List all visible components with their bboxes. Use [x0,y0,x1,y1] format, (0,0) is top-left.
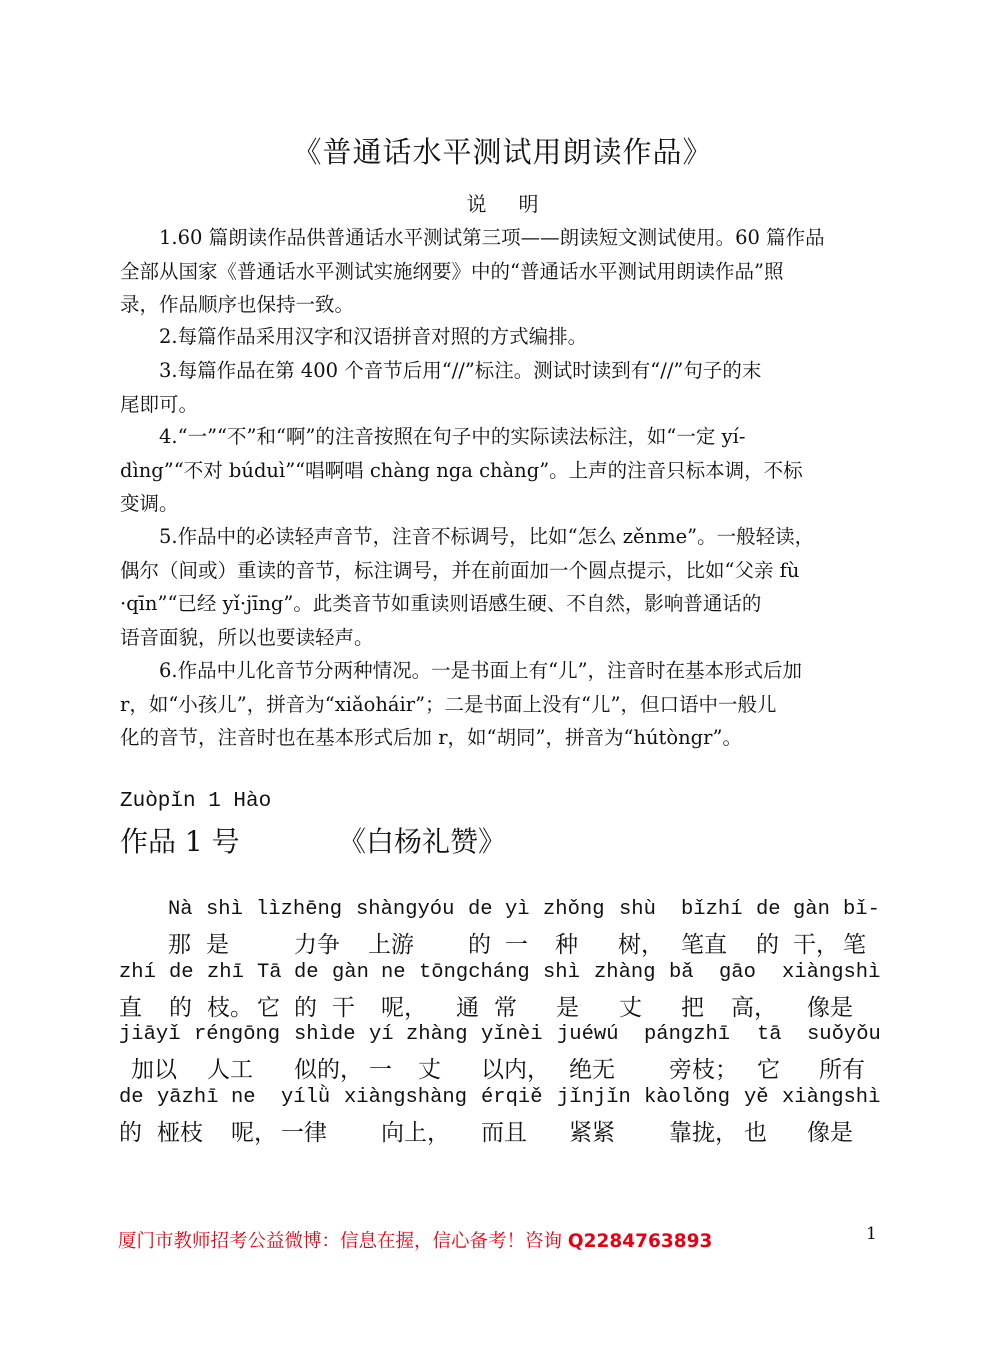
pinyin-word: yǐnèi [481,1023,543,1046]
footer-qq-number: Q2284763893 [568,1231,712,1252]
pinyin-word: zhī [207,961,244,984]
instruction-line: 语音面貌，所以也要读轻声。 [120,621,888,655]
instruction-paragraph: 3.每篇作品在第 400 个音节后用“//”标注。测试时读到有“//”句子的末尾… [120,354,888,421]
hanzi-word: 种 [555,926,578,959]
hanzi-word: 那 [168,926,191,959]
pinyin-word: kàolǒng [644,1086,730,1109]
hanzi-word: 干， [793,926,839,959]
document-page: 《普通话水平测试用朗读作品》 说明 1.60 篇朗读作品供普通话水平测试第三项—… [0,0,1005,1359]
instruction-line: 偶尔（间或）重读的音节，标注调号，并在前面加一个圆点提示，比如“父亲 fù [120,554,888,588]
document-title: 《普通话水平测试用朗读作品》 [0,130,1005,171]
hanzi-word: 枝。 [207,989,253,1022]
pinyin-word: shì [206,898,243,921]
hanzi-word: 直 [119,989,142,1022]
footer-text: 厦门市教师招考公益微博：信息在握，信心备考！咨询 [118,1231,568,1252]
pinyin-word: shìde [294,1023,356,1046]
pinyin-word: de [169,961,194,984]
hanzi-word: 靠拢， [669,1114,738,1147]
pinyin-word: de [468,898,493,921]
hanzi-word: 干 [332,989,355,1022]
hanzi-word: 似的， [294,1051,363,1084]
hanzi-word: 高， [731,989,777,1022]
instruction-paragraph: 6.作品中儿化音节分两种情况。一是书面上有“儿”，注音时在基本形式后加 r，如“… [120,654,888,755]
hanzi-word: 绝无 [569,1051,615,1084]
pinyin-word: pángzhī [644,1023,730,1046]
pinyin-word: ne [381,961,406,984]
pinyin-word: shì [543,961,580,984]
work-name: 《白杨礼赞》 [338,820,506,860]
pinyin-word: zhǒng [543,898,605,921]
pinyin-word: xiàngshàng [344,1086,467,1109]
hanzi-word: 笔直 [681,926,727,959]
pinyin-word: lìzhēng [256,898,342,921]
pinyin-word: érqiě [481,1086,543,1109]
pinyin-word: tā [757,1023,782,1046]
page-number: 1 [866,1224,877,1244]
hanzi-word: 的 [169,989,192,1022]
instruction-line: 3.每篇作品在第 400 个音节后用“//”标注。测试时读到有“//”句子的末 [120,354,888,388]
hanzi-word: 上游 [368,926,414,959]
instruction-line: 1.60 篇朗读作品供普通话水平测试第三项——朗读短文测试使用。60 篇作品 [120,221,888,255]
pinyin-word: bǐzhí [681,898,743,921]
hanzi-word: 的 [294,989,317,1022]
instruction-line: 化的音节，注音时也在基本形式后加 r，如“胡同”，拼音为“hútòngr”。 [120,721,888,755]
hanzi-word: 一 [505,926,528,959]
instruction-line: 4.“一”“不”和“啊”的注音按照在句子中的实际读法标注，如“一定 yí- [120,420,888,454]
instruction-paragraph: 2.每篇作品采用汉字和汉语拼音对照的方式编排。 [120,320,888,354]
pinyin-word: tōngcháng [419,961,530,984]
pinyin-word: jǐnjǐn [557,1086,631,1109]
heading-char: 明 [519,192,539,216]
pinyin-word: gàn [793,898,830,921]
hanzi-word: 树， [618,926,664,959]
heading-char: 说 [467,192,487,216]
hanzi-word: 旁枝； [669,1051,738,1084]
instruction-line: 全部从国家《普通话水平测试实施纲要》中的“普通话水平测试用朗读作品”照 [120,255,888,289]
hanzi-word: 以内， [481,1051,550,1084]
pinyin-word: zhàng [406,1023,468,1046]
hanzi-word: 像是 [807,1114,853,1147]
pinyin-word: Tā [257,961,282,984]
pinyin-word: yāzhī [157,1086,219,1109]
pinyin-word: réngōng [194,1023,280,1046]
instruction-line: 尾即可。 [120,388,888,422]
work-title-row: 作品 1 号 《白杨礼赞》 [120,820,240,860]
pinyin-word: zhí [119,961,156,984]
hanzi-word: 常 [494,989,517,1022]
hanzi-word: 的 [468,926,491,959]
instruction-line: 录，作品顺序也保持一致。 [120,288,888,322]
hanzi-word: 加以 [131,1051,177,1084]
pinyin-word: zhàng [594,961,656,984]
hanzi-word: 丈 [619,989,642,1022]
pinyin-word: suǒyǒu [807,1023,881,1046]
hanzi-word: 也 [744,1114,767,1147]
pinyin-word: shù [619,898,656,921]
hanzi-word: 像是 [807,989,853,1022]
pinyin-word: yì [505,898,530,921]
hanzi-word: 它 [257,989,280,1022]
pinyin-word: Nà [168,898,193,921]
pinyin-word: de [756,898,781,921]
pinyin-word: shàngyóu [356,898,454,921]
instruction-line: 6.作品中儿化音节分两种情况。一是书面上有“儿”，注音时在基本形式后加 [120,654,888,688]
instruction-line: 2.每篇作品采用汉字和汉语拼音对照的方式编排。 [120,320,888,354]
hanzi-word: 而且 [481,1114,527,1147]
hanzi-word: 紧紧 [569,1114,615,1147]
pinyin-word: xiàngshì [782,1086,880,1109]
hanzi-word: 向上， [381,1114,450,1147]
instruction-paragraph: 5.作品中的必读轻声音节，注音不标调号，比如“怎么 zěnme”。一般轻读，偶尔… [120,520,888,654]
hanzi-word: 的 [119,1114,142,1147]
hanzi-word: 通 [456,989,479,1022]
hanzi-word: 把 [681,989,704,1022]
pinyin-word: jiāyǐ [119,1023,181,1046]
pinyin-word: de [119,1086,144,1109]
pinyin-word: de [294,961,319,984]
hanzi-word: 丈 [418,1051,441,1084]
hanzi-word: 呢， [381,989,427,1022]
pinyin-word: bǐ- [843,898,880,921]
section-heading-explanation: 说明 [0,188,1005,217]
instruction-line: r，如“小孩儿”，拼音为“xiǎoháir”；二是书面上没有“儿”，但口语中一般… [120,688,888,722]
pinyin-word: bǎ [669,961,694,984]
work-pinyin-heading: Zuòpǐn 1 Hào [120,790,271,813]
hanzi-word: 是 [556,989,579,1022]
instruction-line: dìng”“不对 búduì”“唱啊唱 chàng nga chàng”。上声的… [120,454,888,488]
pinyin-word: juéwú [557,1023,619,1046]
hanzi-word: 它 [757,1051,780,1084]
footer-promo: 厦门市教师招考公益微博：信息在握，信心备考！咨询 Q2284763893 [118,1227,712,1253]
pinyin-word: yě [744,1086,769,1109]
hanzi-word: 一 [369,1051,392,1084]
hanzi-word: 人工 [207,1051,253,1084]
instruction-line: ·qīn”“已经 yǐ·jīng”。此类音节如重读则语感生硬、不自然，影响普通话… [120,587,888,621]
hanzi-word: 一律 [281,1114,327,1147]
hanzi-word: 力争 [294,926,340,959]
instruction-paragraph: 4.“一”“不”和“啊”的注音按照在句子中的实际读法标注，如“一定 yí-dìn… [120,420,888,521]
instruction-line: 5.作品中的必读轻声音节，注音不标调号，比如“怎么 zěnme”。一般轻读， [120,520,888,554]
pinyin-word: gàn [332,961,369,984]
hanzi-word: 笔 [843,926,866,959]
hanzi-word: 呢， [231,1114,277,1147]
work-number-label: 作品 1 号 [120,825,240,858]
pinyin-word: yílǜ [281,1086,330,1109]
instruction-paragraph: 1.60 篇朗读作品供普通话水平测试第三项——朗读短文测试使用。60 篇作品全部… [120,221,888,322]
pinyin-word: xiàngshì [782,961,880,984]
instruction-line: 变调。 [120,487,888,521]
pinyin-word: yí [369,1023,394,1046]
pinyin-word: ne [231,1086,256,1109]
hanzi-word: 的 [756,926,779,959]
hanzi-word: 是 [206,926,229,959]
hanzi-word: 所有 [819,1051,865,1084]
hanzi-word: 桠枝 [157,1114,203,1147]
pinyin-word: gāo [719,961,756,984]
